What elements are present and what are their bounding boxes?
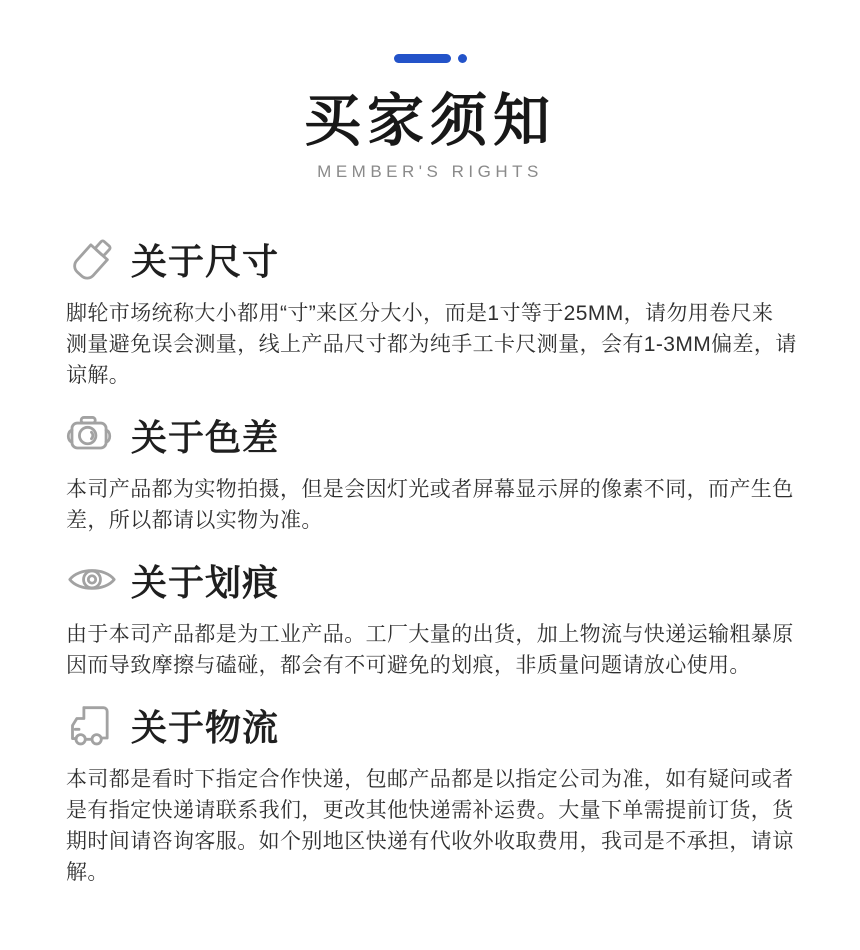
camera-icon <box>66 409 118 461</box>
section-shipping: 关于物流 本司都是看时下指定合作快递，包邮产品都是以指定公司为准，如有疑问或者 … <box>66 699 800 888</box>
section-body: 本司产品都为实物拍摄，但是会因灯光或者屏幕显示屏的像素不同，而产生色 差，所以都… <box>66 474 808 536</box>
notice-sections: 关于尺寸 脚轮市场统称大小都用“寸”来区分大小，而是1寸等于25MM，请勿用卷尺… <box>0 233 860 888</box>
section-title: 关于尺寸 <box>131 234 279 285</box>
page-title: 买家须知 <box>0 88 860 154</box>
section-body: 脚轮市场统称大小都用“寸”来区分大小，而是1寸等于25MM，请勿用卷尺来 测量避… <box>66 298 808 391</box>
section-shipping-head: 关于物流 <box>66 699 800 751</box>
section-scratch-head: 关于划痕 <box>66 554 800 606</box>
header-accent <box>0 0 860 63</box>
section-scratch: 关于划痕 由于本司产品都是为工业产品。工厂大量的出货，加上物流与快递运输粗暴原 … <box>66 554 800 681</box>
section-color: 关于色差 本司产品都为实物拍摄，但是会因灯光或者屏幕显示屏的像素不同，而产生色 … <box>66 409 800 536</box>
section-title: 关于色差 <box>131 410 279 461</box>
section-title: 关于划痕 <box>131 555 279 606</box>
truck-icon <box>66 699 118 751</box>
section-color-head: 关于色差 <box>66 409 800 461</box>
section-body: 本司都是看时下指定合作快递，包邮产品都是以指定公司为准，如有疑问或者 是有指定快… <box>66 764 808 888</box>
caliper-icon <box>66 233 118 285</box>
section-title: 关于物流 <box>131 700 279 751</box>
accent-dot <box>458 54 467 63</box>
page-subtitle: MEMBER'S RIGHTS <box>0 162 860 182</box>
section-size-head: 关于尺寸 <box>66 233 800 285</box>
section-body: 由于本司产品都是为工业产品。工厂大量的出货，加上物流与快递运输粗暴原 因而导致摩… <box>66 619 808 681</box>
buyer-notice-page: 买家须知 MEMBER'S RIGHTS 关于尺寸 脚轮市场统称大小都用“寸”来… <box>0 0 860 950</box>
eye-icon <box>66 554 118 606</box>
section-size: 关于尺寸 脚轮市场统称大小都用“寸”来区分大小，而是1寸等于25MM，请勿用卷尺… <box>66 233 800 391</box>
accent-bar <box>394 54 451 63</box>
